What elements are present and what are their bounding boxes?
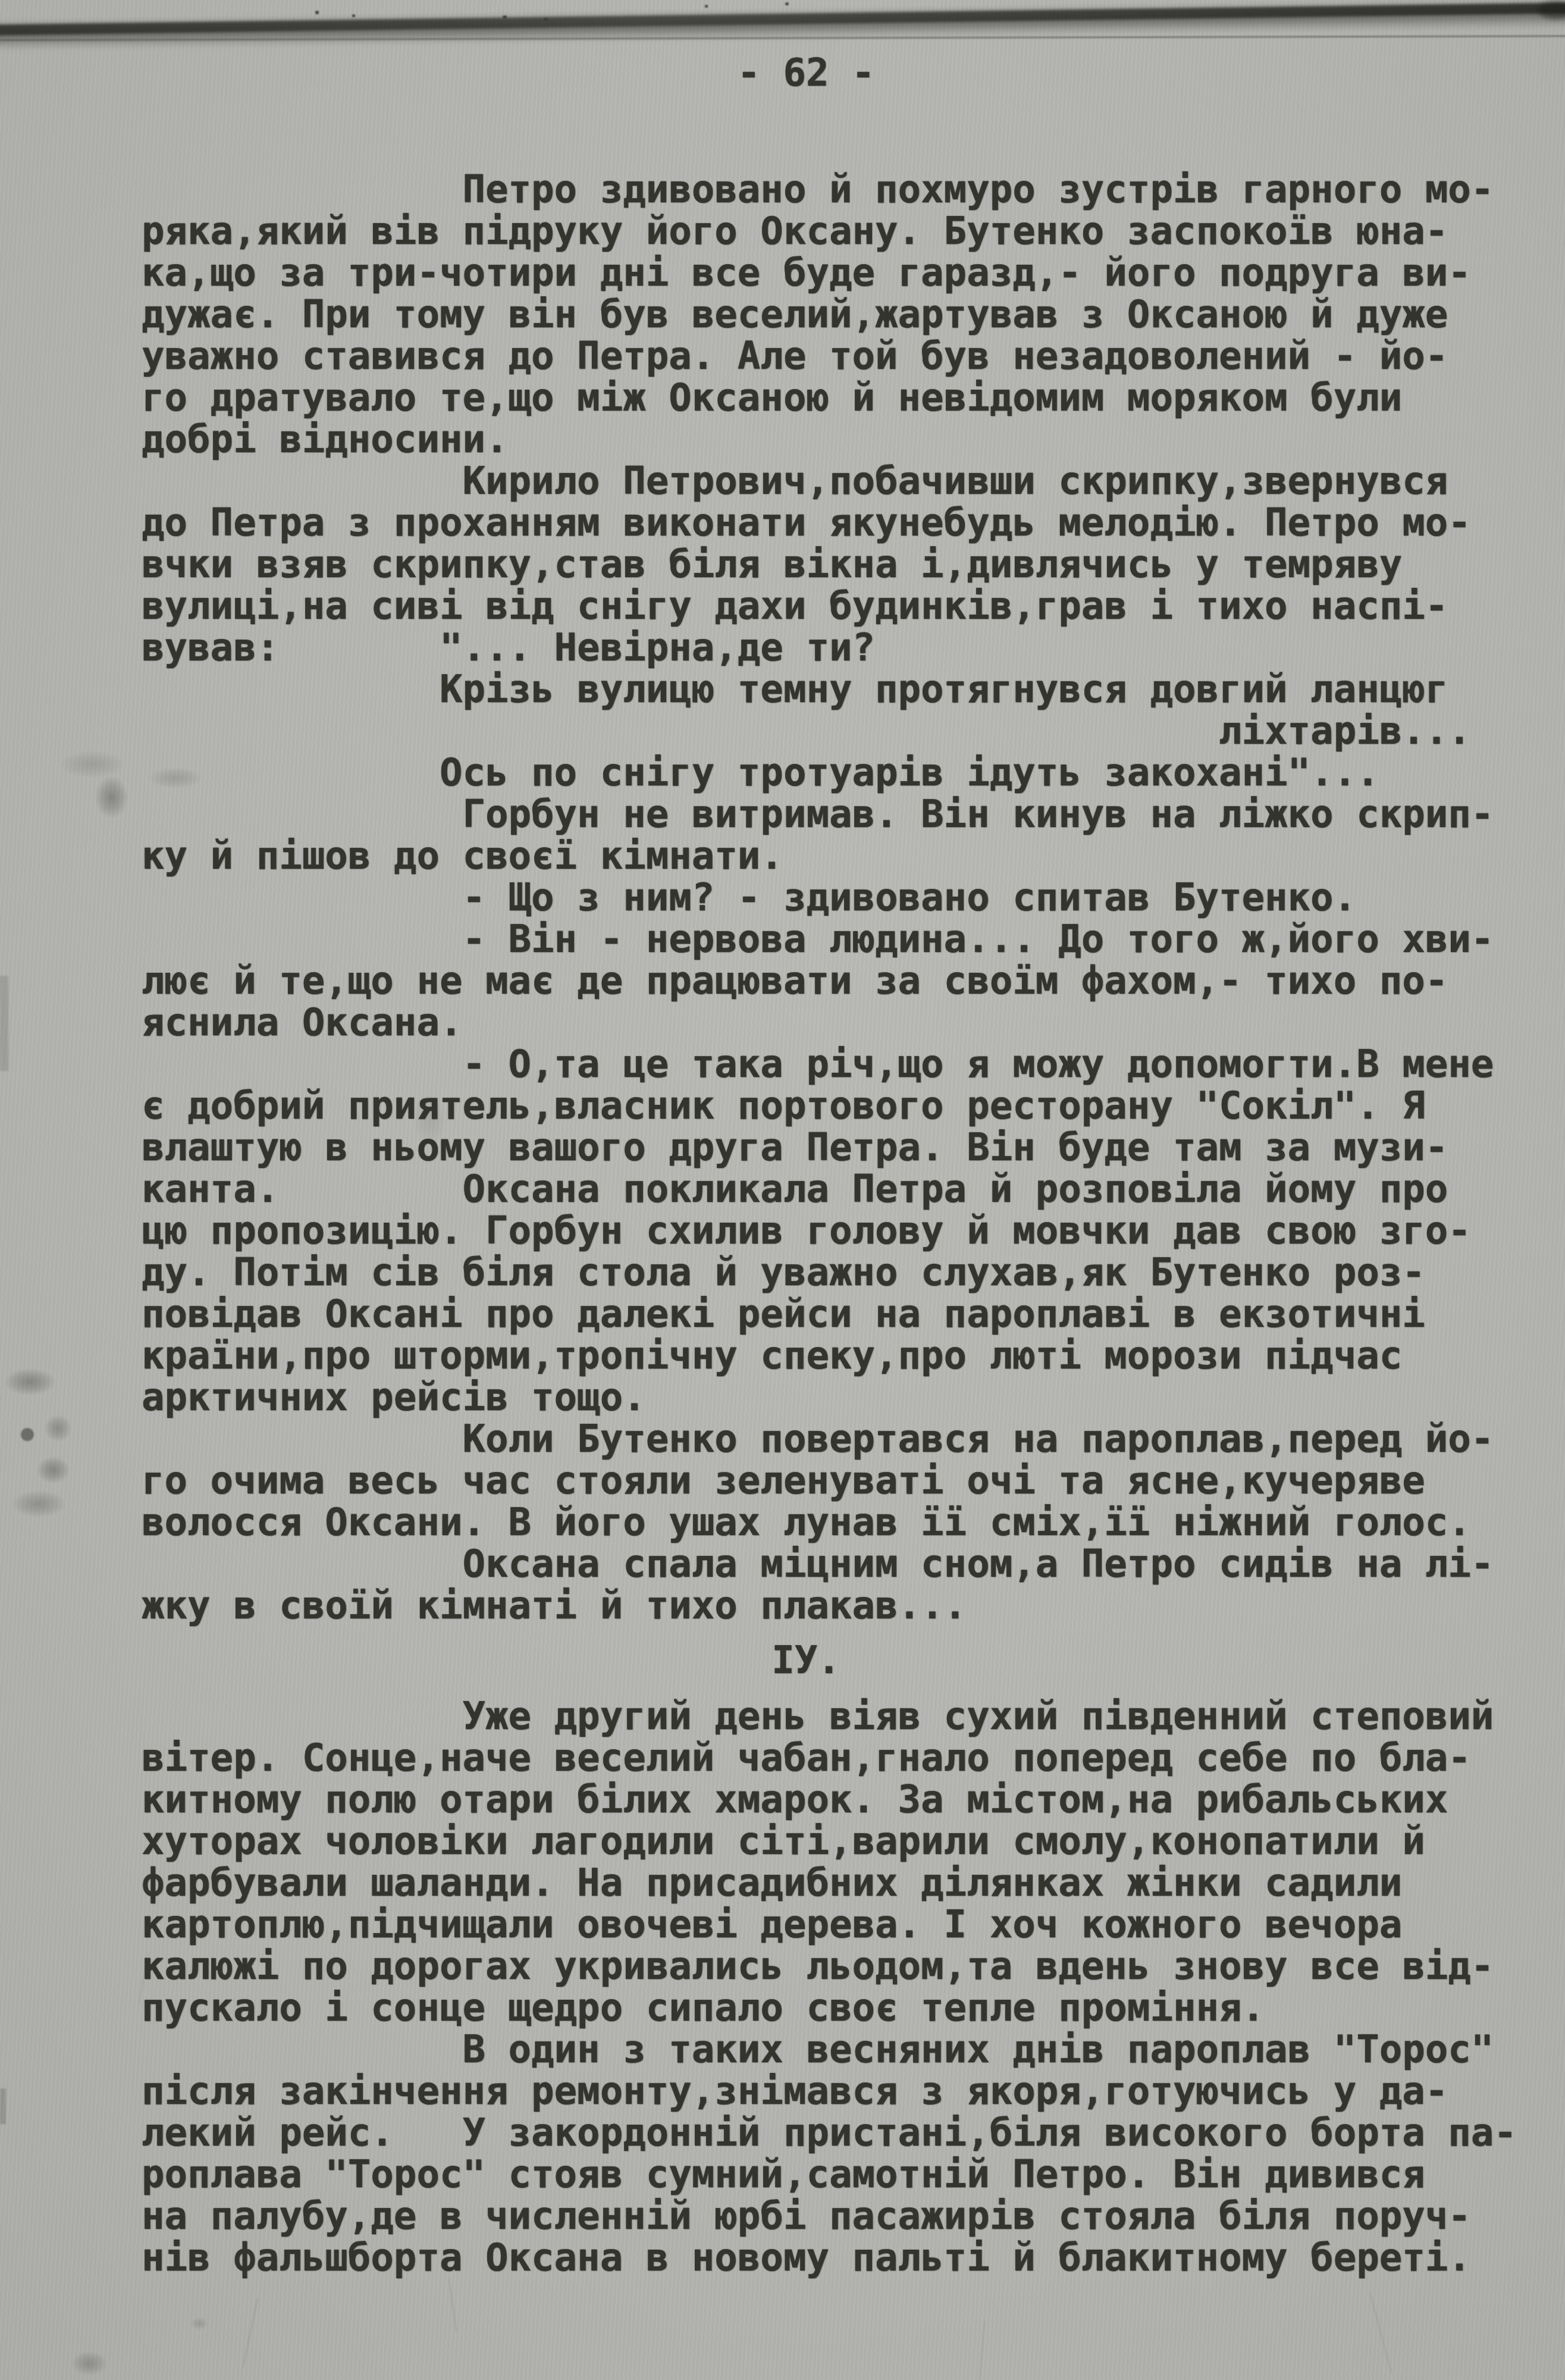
scan-artifact-margin-mark xyxy=(5,1368,55,1395)
scan-artifact-margin-mark xyxy=(190,2318,208,2329)
scan-artifact-margin-mark xyxy=(45,1415,71,1442)
body-text-block-1: Петро здивовано й похмуро зустрів гарног… xyxy=(142,169,1494,1627)
section-heading: ІУ. xyxy=(142,1640,1470,1681)
scan-artifact-margin-mark xyxy=(71,2351,107,2375)
scan-artifact-speck xyxy=(705,5,708,8)
scan-artifact-margin-mark xyxy=(95,776,128,818)
scan-artifact-margin-mark xyxy=(59,751,125,778)
scan-artifact-top-band-core xyxy=(0,2,1565,36)
scan-artifact-top-band-soft xyxy=(0,0,1565,51)
scan-artifact-speck xyxy=(785,2,789,5)
scan-artifact-margin-mark xyxy=(37,1457,70,1483)
scan-artifact-speck xyxy=(315,11,319,14)
body-text-block-2: Уже другий день віяв сухий південний сте… xyxy=(142,1696,1517,2279)
scan-artifact-margin-mark xyxy=(12,1490,65,1517)
scan-artifact-fiber xyxy=(449,2279,457,2332)
scan-artifact-fiber xyxy=(1369,2292,1392,2373)
scan-artifact-rule-line xyxy=(0,35,1565,41)
page-number: - 62 - xyxy=(142,52,1470,94)
scan-artifact-fiber xyxy=(979,2320,986,2380)
scan-artifact-speck xyxy=(544,18,547,20)
scan-artifact-corner-blob xyxy=(1538,1,1565,19)
scan-artifact-speck xyxy=(503,15,507,18)
scan-artifact-edge-streak xyxy=(0,976,8,1071)
scan-artifact-margin-mark xyxy=(21,1428,34,1441)
document-page: - 62 - Петро здивовано й похмуро зустрів… xyxy=(0,0,1565,2380)
scan-artifact-fiber xyxy=(243,2297,259,2368)
scan-artifact-edge-streak xyxy=(0,2088,6,2124)
scan-artifact-speck xyxy=(352,14,355,17)
